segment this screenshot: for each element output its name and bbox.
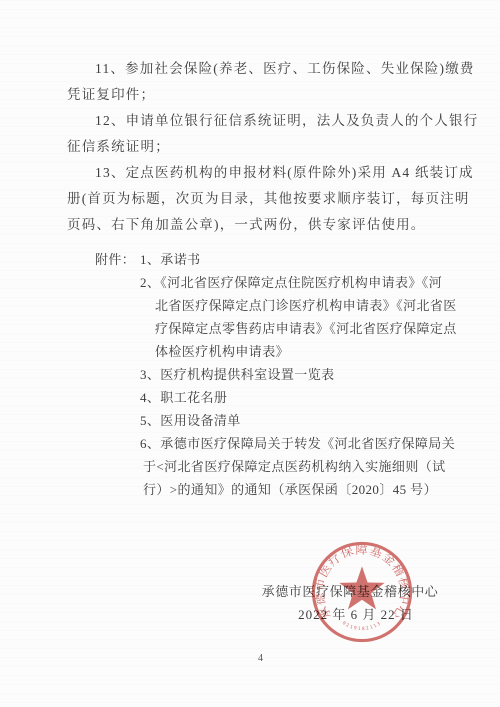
text-line: 凭证复印件； bbox=[67, 82, 463, 108]
signature-organization: 承德市医疗保障基金稽核中心 bbox=[262, 581, 439, 600]
attachments-list: 1、承诺书2、《河北省医疗保障定点住院医疗机构申请表》《河北省医疗保障定点门诊医… bbox=[140, 248, 475, 501]
text-line: 4、职工花名册 bbox=[140, 386, 475, 409]
page-number: 4 bbox=[258, 653, 263, 664]
text-line: 6、承德市医疗保障局关于转发《河北省医疗保障局关 bbox=[140, 432, 475, 455]
text-line: 12、申请单位银行征信系统证明，法人及负责人的个人银行 bbox=[67, 108, 463, 134]
body-paragraph: 13、定点医药机构的申报材料(原件除外)采用 A4 纸装订成册(首页为标题，次页… bbox=[67, 160, 463, 238]
body-paragraph: 11、参加社会保险(养老、医疗、工伤保险、失业保险)缴费凭证复印件； bbox=[67, 56, 463, 108]
text-line: 册(首页为标题，次页为目录，其他按要求顺序装订，每页注明 bbox=[67, 186, 463, 212]
text-line: 13、定点医药机构的申报材料(原件除外)采用 A4 纸装订成 bbox=[67, 160, 463, 186]
attachment-item: 3、医疗机构提供科室设置一览表 bbox=[140, 363, 475, 386]
text-line: 北省医疗保障定点门诊医疗机构申请表》《河北省医 bbox=[155, 294, 475, 317]
text-line: 体检医疗机构申请表》 bbox=[155, 340, 475, 363]
attachment-item: 6、承德市医疗保障局关于转发《河北省医疗保障局关于<河北省医疗保障定点医药机构纳… bbox=[140, 432, 475, 501]
attachments-block: 附件： 1、承诺书2、《河北省医疗保障定点住院医疗机构申请表》《河北省医疗保障定… bbox=[95, 248, 475, 501]
text-line: 11、参加社会保险(养老、医疗、工伤保险、失业保险)缴费 bbox=[67, 56, 463, 82]
attachment-item: 1、承诺书 bbox=[140, 248, 475, 271]
attachment-item: 5、医用设备清单 bbox=[140, 409, 475, 432]
text-line: 疗保障定点零售药店申请表》《河北省医疗保障定点 bbox=[155, 317, 475, 340]
signature-date: 2022 年 6 月 22 日 bbox=[298, 604, 414, 623]
text-line: 2、《河北省医疗保障定点住院医疗机构申请表》《河 bbox=[140, 271, 475, 294]
body-paragraphs: 11、参加社会保险(养老、医疗、工伤保险、失业保险)缴费凭证复印件；12、申请单… bbox=[67, 56, 463, 238]
text-line: 页码、右下角加盖公章)，一式两份，供专家评估使用。 bbox=[67, 212, 463, 238]
text-line: 于<河北省医疗保障定点医药机构纳入实施细则（试 bbox=[143, 455, 475, 478]
text-line: 5、医用设备清单 bbox=[140, 409, 475, 432]
attachment-item: 2、《河北省医疗保障定点住院医疗机构申请表》《河北省医疗保障定点门诊医疗机构申请… bbox=[140, 271, 475, 363]
text-line: 行）>的通知》的通知（承医保函〔2020〕45 号） bbox=[143, 478, 475, 501]
text-line: 征信系统证明； bbox=[67, 134, 463, 160]
attachment-item: 4、职工花名册 bbox=[140, 386, 475, 409]
body-paragraph: 12、申请单位银行征信系统证明，法人及负责人的个人银行征信系统证明； bbox=[67, 108, 463, 160]
text-line: 1、承诺书 bbox=[140, 248, 475, 271]
text-line: 3、医疗机构提供科室设置一览表 bbox=[140, 363, 475, 386]
document-page: 11、参加社会保险(养老、医疗、工伤保险、失业保险)缴费凭证复印件；12、申请单… bbox=[0, 0, 500, 707]
attachments-label: 附件： bbox=[95, 248, 140, 271]
